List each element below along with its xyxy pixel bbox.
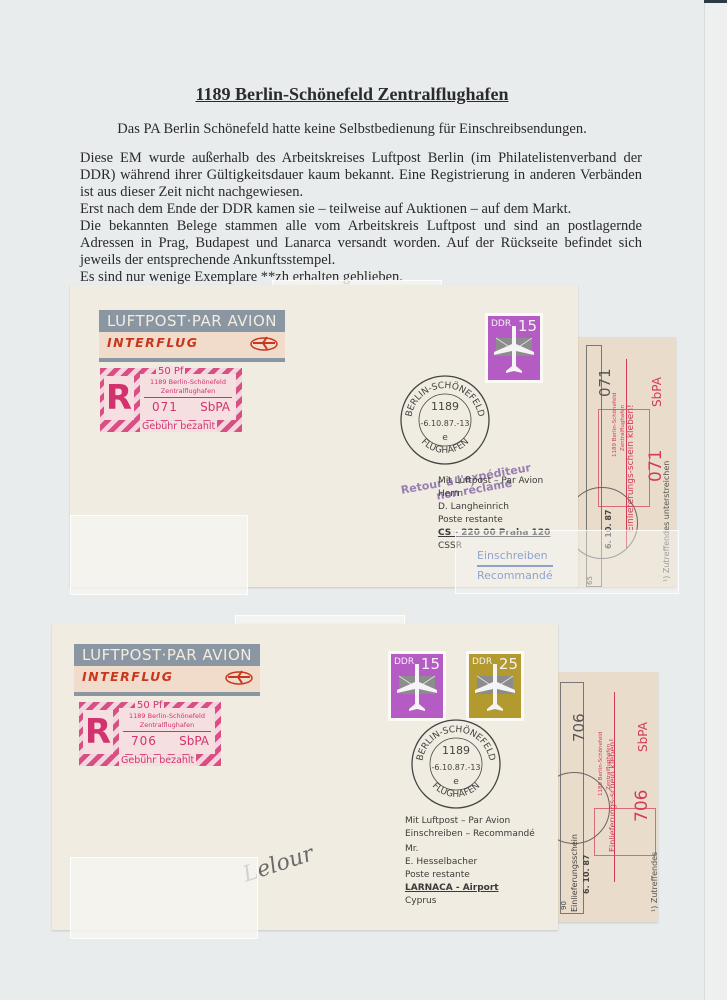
paragraph: Die bekannten Belege stammen alle vom Ar…	[80, 218, 642, 269]
stamp-country: DDR	[491, 319, 511, 329]
receipt-footnote: ¹) Zutreffendes	[650, 852, 658, 912]
mount-strip	[70, 857, 258, 939]
paragraph: Diese EM wurde außerhalb des Arbeitskrei…	[80, 150, 642, 201]
receipt-label: Einlieferungsschein	[570, 834, 579, 912]
airline-name: INTERFLUG	[82, 669, 174, 684]
address-line: Einschreiben – Recommandé	[405, 828, 535, 841]
postmark: BERLIN-SCHÖNEFELD FLUGHAFEN 1189 -6.10.8…	[408, 714, 504, 810]
description: Diese EM wurde außerhalb des Arbeitskrei…	[80, 150, 642, 286]
stamp-country: DDR	[394, 657, 414, 667]
r-label-number: 706	[131, 734, 157, 748]
stamp-value: 15	[421, 655, 440, 673]
r-label-office: 1189 Berlin-SchönefeldZentralflughafen	[144, 378, 232, 396]
r-label-number: 071	[152, 400, 178, 414]
airmail-label-text: LUFTPOST·PAR AVION	[74, 644, 260, 666]
r-letter: R	[83, 710, 113, 754]
address-line: Poste restante	[405, 869, 535, 882]
address-block: Mit Luftpost – Par Avion Einschreiben – …	[405, 815, 535, 908]
r-label-code: SbPA	[200, 400, 230, 414]
registration-label: R 1189 Berlin-SchönefeldZentralflughafen…	[79, 702, 221, 766]
airmail-label: LUFTPOST·PAR AVION INTERFLUG	[99, 310, 285, 362]
stamp-face: DDR 15	[488, 316, 540, 380]
handwritten-number: 706	[570, 713, 588, 742]
svg-text:-6.10.87.-13: -6.10.87.-13	[431, 763, 480, 772]
mount-strip	[70, 515, 248, 595]
r-label-paid: Gebühr bezahlt	[119, 755, 196, 766]
r-label-code: SbPA	[179, 734, 209, 748]
registration-label: R 1189 Berlin-SchönefeldZentralflughafen…	[100, 368, 242, 432]
stamp-country: DDR	[472, 657, 492, 667]
r-letter: R	[104, 376, 134, 420]
r-label-fee: 50 Pf	[135, 700, 164, 711]
r-label-rule	[144, 397, 232, 398]
stamp: DDR 25	[466, 651, 524, 721]
address-line: E. Hesselbacher	[405, 856, 535, 869]
airmail-label-stripe	[99, 358, 285, 362]
r-label-office: 1189 Berlin-SchönefeldZentralflughafen	[123, 712, 211, 730]
stamp-face: DDR 15	[391, 654, 443, 718]
paragraph: Erst nach dem Ende der DDR kamen sie – t…	[80, 201, 642, 218]
airline-name: INTERFLUG	[107, 335, 199, 350]
registration-label-body: 1189 Berlin-SchönefeldZentralflughafen 7…	[119, 708, 215, 754]
r-label-fee: 50 Pf	[156, 366, 185, 377]
receipt-card-2: 706 SbPA 706 1189 Berlin-Schönefeld Zent…	[558, 672, 658, 922]
address-line: Mit Luftpost – Par Avion	[405, 815, 535, 828]
airmail-label-text: LUFTPOST·PAR AVION	[99, 310, 285, 332]
svg-text:1189: 1189	[431, 400, 459, 413]
registration-label-body: 1189 Berlin-SchönefeldZentralflughafen 0…	[140, 374, 236, 420]
r-label-rule	[123, 731, 211, 732]
receipt-code: SbPA	[636, 722, 650, 752]
svg-text:-6.10.87.-13: -6.10.87.-13	[420, 419, 469, 428]
postmark: BERLIN-SCHÖNEFELD FLUGHAFEN 1189 -6.10.8…	[397, 370, 493, 466]
address-line: Mit Luftpost – Par Avion	[438, 475, 550, 488]
receipt-date: 6. 10. 87	[582, 855, 591, 894]
svg-text:e: e	[442, 433, 448, 443]
page-edge-top	[704, 0, 727, 3]
address-city: LARNACA - Airport	[405, 882, 535, 895]
svg-text:e: e	[453, 777, 459, 787]
airmail-label-stripe	[74, 692, 260, 696]
airmail-label: LUFTPOST·PAR AVION INTERFLUG	[74, 644, 260, 696]
address-country: Cyprus	[405, 895, 535, 908]
stamp-face: DDR 25	[469, 654, 521, 718]
receipt-counter: 90	[560, 901, 568, 910]
address-line: Herrn	[438, 488, 550, 501]
stamp: DDR 15	[388, 651, 446, 721]
interflug-logo-icon	[224, 668, 254, 686]
stamp: DDR 15	[485, 313, 543, 383]
svg-text:1189: 1189	[442, 744, 470, 757]
stamp-value: 15	[518, 317, 537, 335]
address-line: Poste restante	[438, 514, 550, 527]
address-line: D. Langheinrich	[438, 501, 550, 514]
r-label-paid: Gebühr bezahlt	[140, 421, 217, 432]
receipt-box-text: Einlieferungs-schein kleben!	[608, 739, 617, 852]
interflug-logo-icon	[249, 334, 279, 352]
page-edge	[704, 0, 727, 1000]
address-line: Mr.	[405, 843, 535, 856]
mount-strip	[455, 530, 679, 594]
stamp-value: 25	[499, 655, 518, 673]
page-title: 1189 Berlin-Schönefeld Zentralflughafen	[0, 84, 704, 105]
receipt-code: SbPA	[650, 377, 664, 407]
page-subtitle: Das PA Berlin Schönefeld hatte keine Sel…	[0, 121, 704, 138]
